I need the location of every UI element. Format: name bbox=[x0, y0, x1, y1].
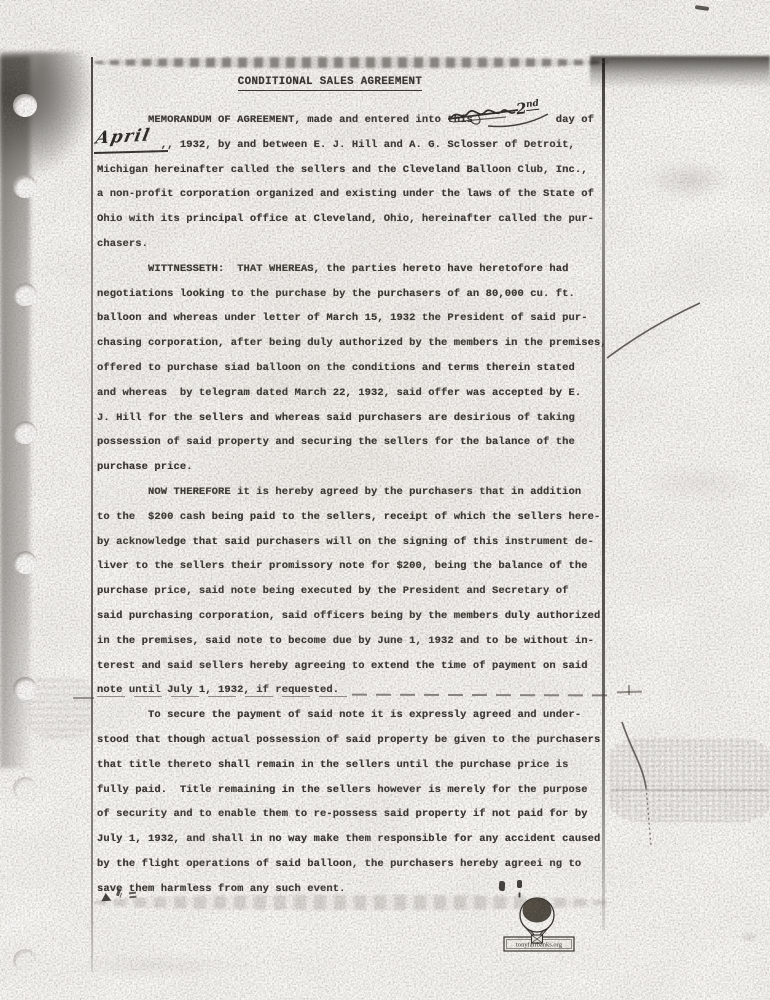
hole-punch bbox=[13, 283, 37, 306]
broken-underline bbox=[97, 696, 347, 697]
typed-line-20: purchase price, said note being executed… bbox=[97, 579, 617, 604]
ink-smudge-triangle bbox=[101, 893, 112, 902]
typed-line-21: said purchasing corporation, said office… bbox=[97, 604, 617, 629]
scan-smudge-top-right bbox=[590, 56, 770, 88]
margin-tick bbox=[73, 697, 94, 699]
typed-line-25: To secure the payment of said note it is… bbox=[97, 703, 617, 728]
ink-smudge bbox=[517, 880, 522, 888]
typed-line-18: by acknowledge that said purchasers will… bbox=[97, 530, 617, 555]
hole-punch bbox=[13, 94, 37, 117]
typed-line-23: terest and said sellers hereby agreeing … bbox=[97, 654, 617, 679]
hole-punch bbox=[13, 551, 37, 574]
ink-smudge bbox=[499, 881, 506, 891]
scan-speck bbox=[738, 932, 760, 942]
typed-line-31: by the flight operations of said balloon… bbox=[97, 852, 617, 877]
typed-line-3: Michigan hereinafter called the sellers … bbox=[97, 158, 617, 183]
margin-tick bbox=[628, 685, 630, 695]
typed-line-22: in the premises, said note to become due… bbox=[97, 629, 617, 654]
typed-line-9: balloon and whereas under letter of Marc… bbox=[97, 306, 617, 331]
scan-edge-shadow-left bbox=[0, 56, 30, 768]
typed-body: MEMORANDUM OF AGREEMENT, made and entere… bbox=[97, 108, 617, 902]
scan-blotch bbox=[648, 160, 732, 200]
typed-line-11: offered to purchase siad balloon on the … bbox=[97, 356, 617, 381]
document-title: CONDITIONAL SALES AGREEMENT bbox=[97, 76, 563, 88]
scan-blotch bbox=[632, 462, 762, 504]
typed-line-30: July 1, 1932, and shall in no way make t… bbox=[97, 827, 617, 852]
hole-punch bbox=[13, 421, 37, 444]
handwritten-day: 2nd bbox=[515, 98, 540, 119]
typed-line-17: to the $200 cash being paid to the selle… bbox=[97, 505, 617, 530]
scan-smudge-top bbox=[94, 57, 608, 68]
watermark-text: tonyfairbanks.org bbox=[516, 942, 563, 949]
typed-line-24: note until July 1, 1932, if requested. bbox=[97, 678, 617, 703]
hole-punch bbox=[13, 677, 37, 700]
page-fold-line-left bbox=[91, 57, 93, 972]
typed-line-28: fully paid. Title remaining in the selle… bbox=[97, 778, 617, 803]
typed-line-14: possession of said property and securing… bbox=[97, 430, 617, 455]
typed-line-4: a non-profit corporation organized and e… bbox=[97, 182, 617, 207]
hole-punch bbox=[13, 777, 37, 800]
typed-line-2: ,, 1932, by and between E. J. Hill and A… bbox=[97, 133, 617, 158]
handwritten-month: April bbox=[94, 125, 152, 148]
typed-line-8: negotiations looking to the purchase by … bbox=[97, 282, 617, 307]
typed-line-15: purchase price. bbox=[97, 455, 617, 480]
typed-line-5: Ohio with its principal office at Clevel… bbox=[97, 207, 617, 232]
typed-line-6: chasers. bbox=[97, 232, 617, 257]
scan-blotch bbox=[60, 953, 260, 979]
typed-line-27: that title thereto shall remain in the s… bbox=[97, 753, 617, 778]
hole-punch bbox=[13, 949, 37, 972]
hot-air-balloon-icon: tonyfairbanks.org bbox=[500, 894, 584, 958]
typed-line-29: of security and to enable them to re-pos… bbox=[97, 802, 617, 827]
scan-noise-band-right bbox=[610, 738, 770, 822]
scanned-document-page: CONDITIONAL SALES AGREEMENT MEMORANDUM O… bbox=[0, 0, 770, 1000]
typed-line-26: stood that though actual possession of s… bbox=[97, 728, 617, 753]
typed-line-10: chasing corporation, after being duly au… bbox=[97, 331, 617, 356]
typed-line-13: J. Hill for the sellers and whereas said… bbox=[97, 406, 617, 431]
scan-noise-line-right bbox=[612, 789, 768, 791]
scan-noise-band-left bbox=[28, 676, 92, 738]
typed-line-7: WITTNESSETH: THAT WHEREAS, the parties h… bbox=[97, 257, 617, 282]
typed-line-12: and whereas by telegram dated March 22, … bbox=[97, 381, 617, 406]
hole-punch bbox=[13, 175, 37, 198]
typed-line-16: NOW THEREFORE it is hereby agreed by the… bbox=[97, 480, 617, 505]
typed-line-19: liver to the sellers their promissory no… bbox=[97, 554, 617, 579]
